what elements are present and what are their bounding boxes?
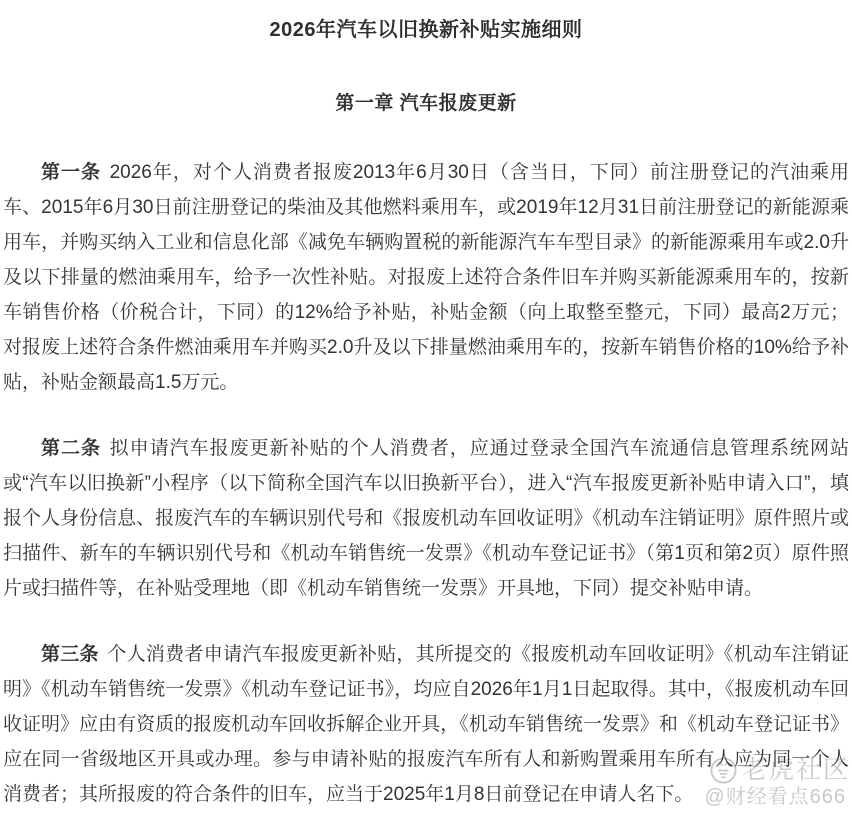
article-2: 第二条拟申请汽车报废更新补贴的个人消费者，应通过登录全国汽车流通信息管理系统网站… bbox=[3, 431, 849, 606]
article-1-label: 第一条 bbox=[41, 162, 101, 183]
document-title: 2026年汽车以旧换新补贴实施细则 bbox=[3, 0, 849, 44]
document-content: 2026年汽车以旧换新补贴实施细则 第一章 汽车报废更新 第一条2026年，对个… bbox=[0, 0, 852, 812]
document-page: 老虎社区 @财经看点666 2026年汽车以旧换新补贴实施细则 第一章 汽车报废… bbox=[0, 0, 852, 819]
article-1: 第一条2026年，对个人消费者报废2013年6月30日（含当日，下同）前注册登记… bbox=[3, 155, 849, 400]
article-2-label: 第二条 bbox=[41, 438, 101, 459]
article-2-text: 拟申请汽车报废更新补贴的个人消费者，应通过登录全国汽车流通信息管理系统网站或“汽… bbox=[3, 438, 849, 599]
chapter-heading: 第一章 汽车报废更新 bbox=[3, 90, 849, 117]
article-3-text: 个人消费者申请汽车报废更新补贴，其所提交的《报废机动车回收证明》《机动车注销证明… bbox=[3, 644, 849, 805]
article-3-label: 第三条 bbox=[41, 644, 99, 665]
article-3: 第三条个人消费者申请汽车报废更新补贴，其所提交的《报废机动车回收证明》《机动车注… bbox=[3, 637, 849, 812]
article-1-text: 2026年，对个人消费者报废2013年6月30日（含当日，下同）前注册登记的汽油… bbox=[3, 162, 849, 393]
